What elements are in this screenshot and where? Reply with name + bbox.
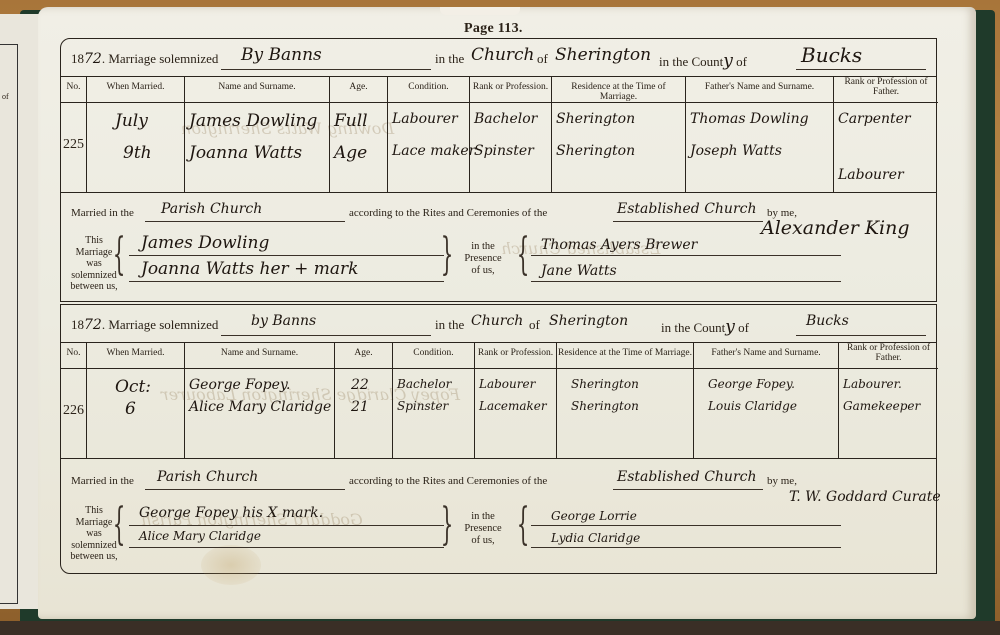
witness-1: George Lorrie bbox=[551, 509, 637, 523]
witness-2: Jane Watts bbox=[541, 263, 617, 279]
according-to-label: according to the Rites and Ceremonies of… bbox=[349, 207, 547, 219]
bride-residence: Sherington bbox=[571, 399, 691, 413]
groom-age: 22 bbox=[351, 377, 390, 393]
col-father-name: Father's Name and Surname. George Fopey.… bbox=[694, 343, 839, 458]
col-age: Age. Full Age bbox=[330, 77, 388, 192]
bride-father-name: Louis Claridge bbox=[708, 399, 836, 413]
signature-block: This Marriage was solemnized between us,… bbox=[61, 497, 936, 571]
entry-number: 226 bbox=[61, 403, 86, 419]
groom-rank: Bachelor bbox=[474, 111, 549, 127]
col-when-married: When Married. Oct: 6 bbox=[87, 343, 185, 458]
groom-condition: Bachelor bbox=[397, 377, 472, 391]
groom-signature: George Fopey his X mark. bbox=[139, 505, 323, 521]
marriage-entry-225: Dowling Watts Sherington Established Chu… bbox=[60, 38, 937, 302]
county-suffix: y bbox=[725, 317, 735, 337]
county-of-label: of bbox=[738, 320, 749, 335]
col-father-name: Father's Name and Surname. Thomas Dowlin… bbox=[686, 77, 834, 192]
church-word: Church bbox=[471, 313, 523, 329]
groom-rank: Labourer bbox=[479, 377, 554, 391]
col-condition: Condition. Labourer Lace maker bbox=[388, 77, 470, 192]
married-in-place: Parish Church bbox=[161, 201, 262, 217]
groom-age: Full bbox=[334, 111, 385, 131]
bride-name: Alice Mary Claridge bbox=[189, 399, 332, 415]
according-to-label: according to the Rites and Ceremonies of… bbox=[349, 475, 547, 487]
desk-edge bbox=[0, 621, 1000, 635]
groom-residence: Sherington bbox=[556, 111, 683, 127]
solemnized-by: By Banns bbox=[241, 45, 322, 65]
bride-rank: Spinster bbox=[474, 143, 549, 159]
by-me-label: by me, bbox=[767, 475, 797, 487]
bride-rank: Lacemaker bbox=[479, 399, 554, 413]
entry-heading: 1872. Marriage solemnized By Banns in th… bbox=[61, 39, 936, 77]
bride-age: 21 bbox=[351, 399, 390, 415]
previous-page-edge: of bbox=[0, 14, 42, 609]
married-in-line: Married in the Parish Church according t… bbox=[61, 197, 936, 227]
parish-name: Sherington bbox=[549, 313, 628, 329]
signature-block: This Marriage was solemnized between us,… bbox=[61, 227, 936, 301]
col-rank: Rank or Profession. Labourer Lacemaker bbox=[475, 343, 557, 458]
witness-1: Thomas Ayers Brewer bbox=[541, 237, 697, 253]
in-the-label: in the bbox=[435, 51, 464, 67]
parish-name: Sherington bbox=[555, 45, 651, 65]
bride-signature: Joanna Watts her + mark bbox=[141, 259, 358, 279]
bride-father-rank: Labourer bbox=[838, 167, 936, 183]
solemnized-by: by Banns bbox=[251, 313, 316, 329]
witness-2: Lydia Claridge bbox=[551, 531, 640, 545]
when-married-month: Oct: bbox=[115, 377, 182, 397]
church-word: Church bbox=[471, 45, 535, 65]
bride-condition: Spinster bbox=[397, 399, 472, 413]
register-page: Page 113. Dowling Watts Sherington Estab… bbox=[38, 7, 976, 619]
married-in-label: Married in the bbox=[71, 475, 134, 487]
col-residence: Residence at the Time of Marriage. Sheri… bbox=[557, 343, 694, 458]
bride-condition: Lace maker bbox=[392, 143, 467, 159]
bride-father-rank: Gamekeeper bbox=[843, 399, 936, 413]
county-name: Bucks bbox=[806, 313, 849, 329]
when-married-day: 6 bbox=[125, 399, 182, 419]
groom-father-name: Thomas Dowling bbox=[690, 111, 831, 127]
col-father-rank: Rank or Profession of Father. Carpenter … bbox=[834, 77, 938, 192]
entry-table: No. 225 When Married. July 9th Name and … bbox=[61, 77, 936, 193]
ribbon-marker bbox=[440, 7, 520, 15]
groom-father-rank: Carpenter bbox=[838, 111, 936, 127]
when-married-month: July bbox=[115, 111, 182, 131]
groom-condition: Labourer bbox=[392, 111, 467, 127]
page-number: Page 113. bbox=[464, 21, 523, 37]
col-name: Name and Surname. George Fopey. Alice Ma… bbox=[185, 343, 335, 458]
entry-number: 225 bbox=[61, 137, 86, 153]
previous-page-table-edge bbox=[0, 44, 18, 604]
marriage-solemnized-label: Marriage solemnized bbox=[108, 317, 218, 332]
married-in-line: Married in the Parish Church according t… bbox=[61, 465, 936, 495]
rites-of: Established Church bbox=[617, 201, 757, 217]
groom-name: George Fopey. bbox=[189, 377, 332, 393]
previous-page-fragment: of bbox=[2, 92, 9, 101]
county-of-label: of bbox=[736, 54, 747, 69]
groom-residence: Sherington bbox=[571, 377, 691, 391]
bride-age: Age bbox=[334, 143, 385, 163]
year-suffix: 72 bbox=[84, 51, 102, 67]
entry-heading: 1872. Marriage solemnized by Banns in th… bbox=[61, 305, 936, 343]
col-no: No. 226 bbox=[61, 343, 87, 458]
married-in-label: Married in the bbox=[71, 207, 134, 219]
year-suffix: 72 bbox=[84, 317, 102, 333]
col-residence: Residence at the Time of Marriage. Sheri… bbox=[552, 77, 686, 192]
bride-father-name: Joseph Watts bbox=[690, 143, 831, 159]
col-condition: Condition. Bachelor Spinster bbox=[393, 343, 475, 458]
col-father-rank: Rank or Profession of Father. Labourer. … bbox=[839, 343, 938, 458]
col-name: Name and Surname. James Dowling Joanna W… bbox=[185, 77, 330, 192]
county-suffix: y bbox=[723, 51, 733, 71]
when-married-day: 9th bbox=[123, 143, 182, 163]
marriage-entry-226: Fopey Claridge Sherington Labourer Godda… bbox=[60, 304, 937, 574]
marriage-solemnized-label: Marriage solemnized bbox=[108, 51, 218, 66]
col-no: No. 225 bbox=[61, 77, 87, 192]
of-label: of bbox=[537, 51, 548, 67]
col-age: Age. 22 21 bbox=[335, 343, 393, 458]
married-in-place: Parish Church bbox=[157, 469, 258, 485]
groom-father-rank: Labourer. bbox=[843, 377, 936, 391]
county-name: Bucks bbox=[801, 43, 862, 67]
year-prefix: 18 bbox=[71, 317, 84, 332]
bride-signature: Alice Mary Claridge bbox=[139, 529, 261, 543]
groom-name: James Dowling bbox=[189, 111, 327, 131]
col-when-married: When Married. July 9th bbox=[87, 77, 185, 192]
col-rank: Rank or Profession. Bachelor Spinster bbox=[470, 77, 552, 192]
in-the-label: in the bbox=[435, 317, 464, 333]
entry-table: No. 226 When Married. Oct: 6 Name and Su… bbox=[61, 343, 936, 459]
bride-residence: Sherington bbox=[556, 143, 683, 159]
bride-name: Joanna Watts bbox=[189, 143, 327, 163]
county-label: in the Count bbox=[659, 54, 723, 69]
year-prefix: 18 bbox=[71, 51, 84, 66]
groom-father-name: George Fopey. bbox=[708, 377, 836, 391]
county-label: in the Count bbox=[661, 320, 725, 335]
rites-of: Established Church bbox=[617, 469, 757, 485]
of-label: of bbox=[529, 317, 540, 333]
groom-signature: James Dowling bbox=[141, 233, 269, 253]
